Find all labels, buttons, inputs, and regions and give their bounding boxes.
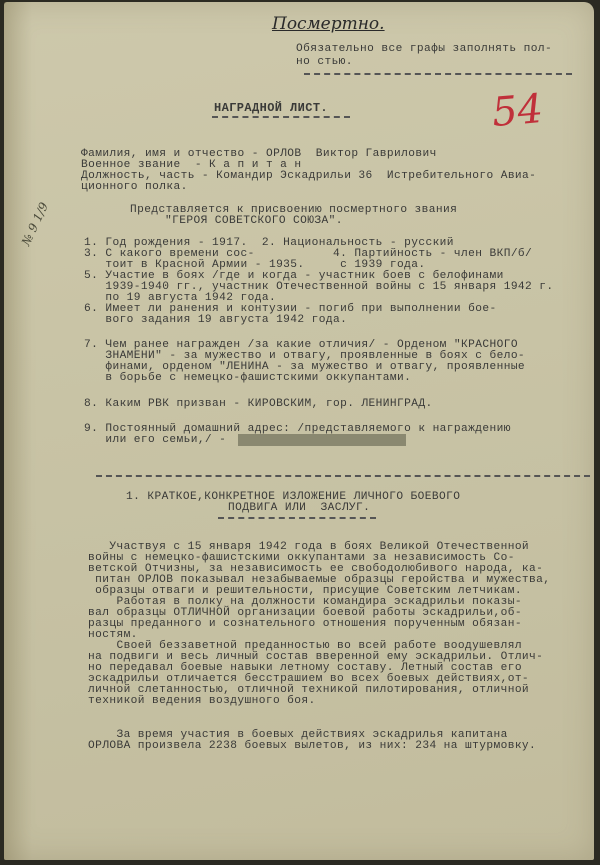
position-line-2: ционного полка. (81, 182, 188, 194)
redacted-address (238, 434, 406, 446)
margin-note: № 9 1/9 (19, 200, 51, 248)
section-divider (96, 475, 590, 477)
section-heading-underline (218, 517, 376, 519)
body-line: техникой ведения воздушного боя. (88, 696, 316, 708)
body-line: разцы преданного и сознательного отношен… (88, 619, 522, 631)
item-9-line: или его семьи,/ - (84, 435, 226, 447)
item-line: в борьбе с немецко-фашистскими оккупанта… (84, 373, 411, 385)
instruction-line-2: но стью. (296, 57, 353, 69)
handwritten-posthumously: Посмертно. (272, 14, 385, 34)
final-line: ОРЛОВА произвела 2238 боевых вылетов, из… (88, 741, 536, 753)
instruction-line-1: Обязательно все графы заполнять пол- (296, 44, 552, 56)
section-heading-2: ПОДВИГА ИЛИ ЗАСЛУГ. (228, 503, 370, 515)
document-title: НАГРАДНОЙ ЛИСТ. (214, 103, 328, 115)
item-8-line: 8. Каким РВК призван - КИРОВСКИМ, гор. Л… (84, 399, 433, 411)
sheet-number: 54 (490, 86, 545, 136)
award-sheet-page: Посмертно. Обязательно все графы заполня… (4, 2, 594, 860)
header-divider (304, 73, 572, 75)
item-line: вого задания 19 августа 1942 года. (84, 315, 347, 327)
title-underline (212, 116, 350, 118)
nomination-line-2: "ГЕРОЯ СОВЕТСКОГО СОЮЗА". (165, 216, 343, 228)
